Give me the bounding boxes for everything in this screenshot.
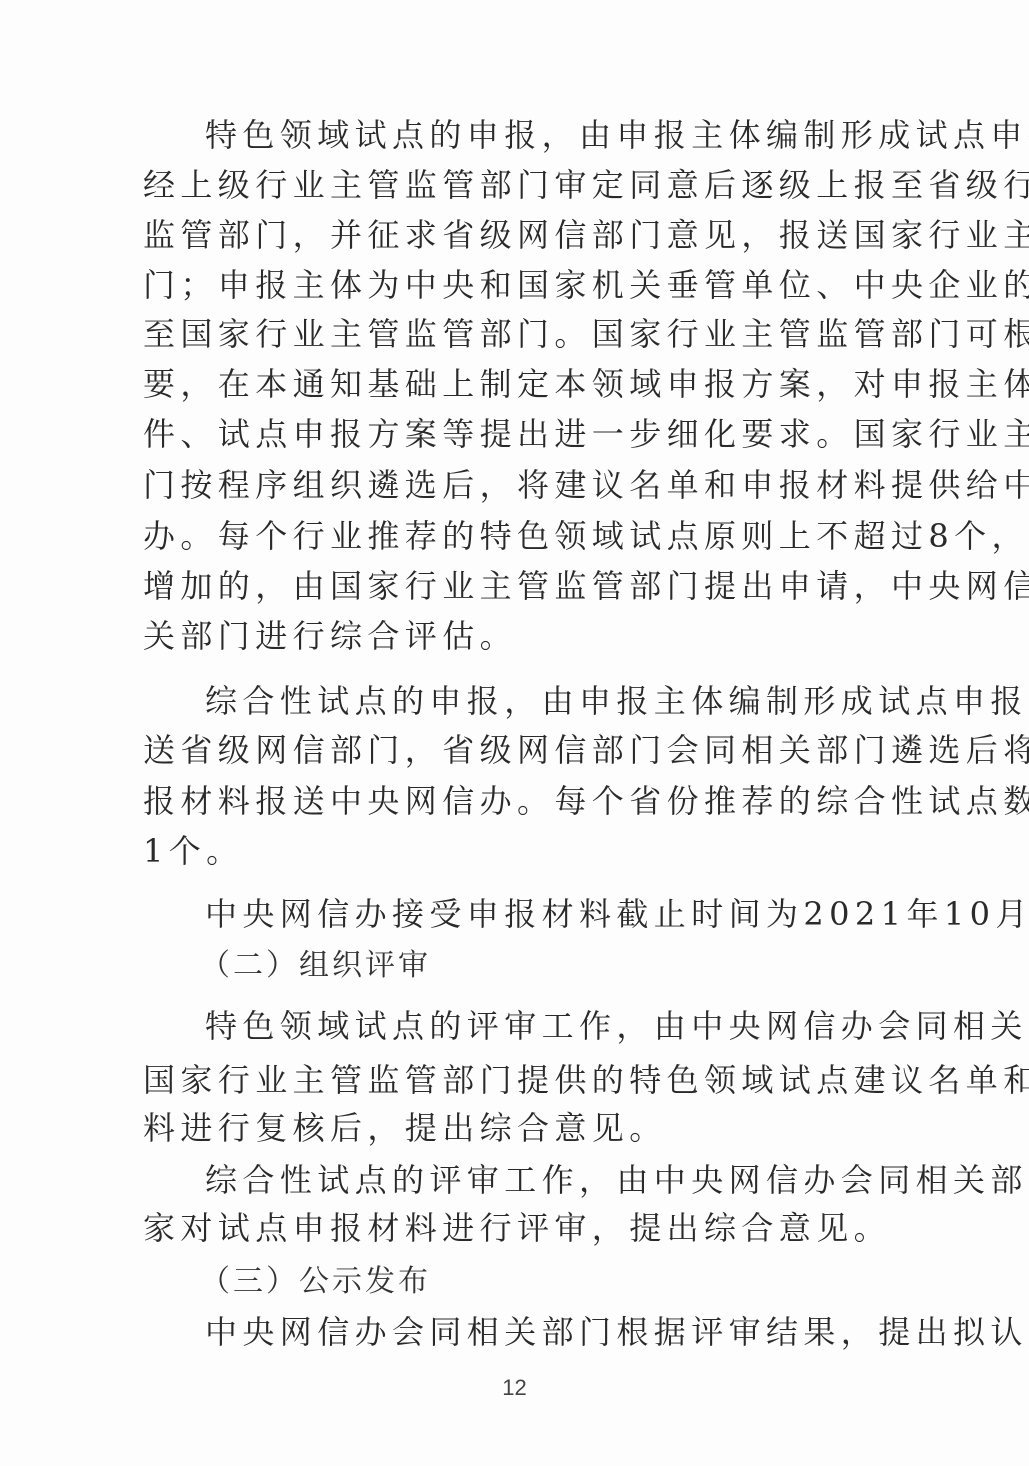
- paragraph-line: 综合性试点的评审工作，由中央网信办会同相关部门组织专: [205, 1160, 953, 1200]
- deadline-line: 中央网信办接受申报材料截止时间为2021年10月29日。: [205, 894, 953, 934]
- section-heading-review: （二）组织评审: [200, 946, 431, 986]
- paragraph-line: 至国家行业主管监管部门。国家行业主管监管部门可根据工作需: [143, 314, 953, 354]
- section-heading-publish: （三）公示发布: [200, 1262, 431, 1302]
- paragraph-line: 增加的，由国家行业主管监管部门提出申请，中央网信办会同相: [143, 566, 953, 606]
- paragraph-line: 料进行复核后，提出综合意见。: [143, 1108, 953, 1148]
- paragraph-line: 报材料报送中央网信办。每个省份推荐的综合性试点数量不超过: [143, 781, 953, 821]
- document-page: 特色领域试点的申报，由申报主体编制形成试点申报方案， 经上级行业主管监管部门审定…: [0, 0, 1029, 1466]
- paragraph-line: 特色领域试点的申报，由申报主体编制形成试点申报方案，: [205, 115, 953, 155]
- paragraph-line: 监管部门，并征求省级网信部门意见，报送国家行业主管监管部: [143, 215, 953, 255]
- paragraph-line: 经上级行业主管监管部门审定同意后逐级上报至省级行业主管: [143, 165, 953, 205]
- paragraph-line: 家对试点申报材料进行评审，提出综合意见。: [143, 1208, 953, 1248]
- paragraph-line: 综合性试点的申报，由申报主体编制形成试点申报方案，报: [205, 681, 953, 721]
- paragraph-line: 1个。: [143, 831, 953, 871]
- paragraph-line: 门按程序组织遴选后，将建议名单和申报材料提供给中央网信: [143, 465, 953, 505]
- paragraph-line: 送省级网信部门，省级网信部门会同相关部门遴选后将名单和申: [143, 730, 953, 770]
- paragraph-line: 特色领域试点的评审工作，由中央网信办会同相关部门，对: [205, 1006, 953, 1046]
- paragraph-line: 办。每个行业推荐的特色领域试点原则上不超过8个，确有需要: [143, 516, 953, 556]
- paragraph-line: 中央网信办会同相关部门根据评审结果，提出拟认定试点建: [205, 1312, 953, 1352]
- paragraph-line: 国家行业主管监管部门提供的特色领域试点建议名单和申报材: [143, 1060, 953, 1100]
- paragraph-line: 门；申报主体为中央和国家机关垂管单位、中央企业的直接报送: [143, 265, 953, 305]
- paragraph-line: 件、试点申报方案等提出进一步细化要求。国家行业主管监管部: [143, 414, 953, 454]
- paragraph-line: 要，在本通知基础上制定本领域申报方案，对申报主体的基础条: [143, 364, 953, 404]
- page-number: 12: [0, 1375, 1029, 1401]
- paragraph-line: 关部门进行综合评估。: [143, 616, 953, 656]
